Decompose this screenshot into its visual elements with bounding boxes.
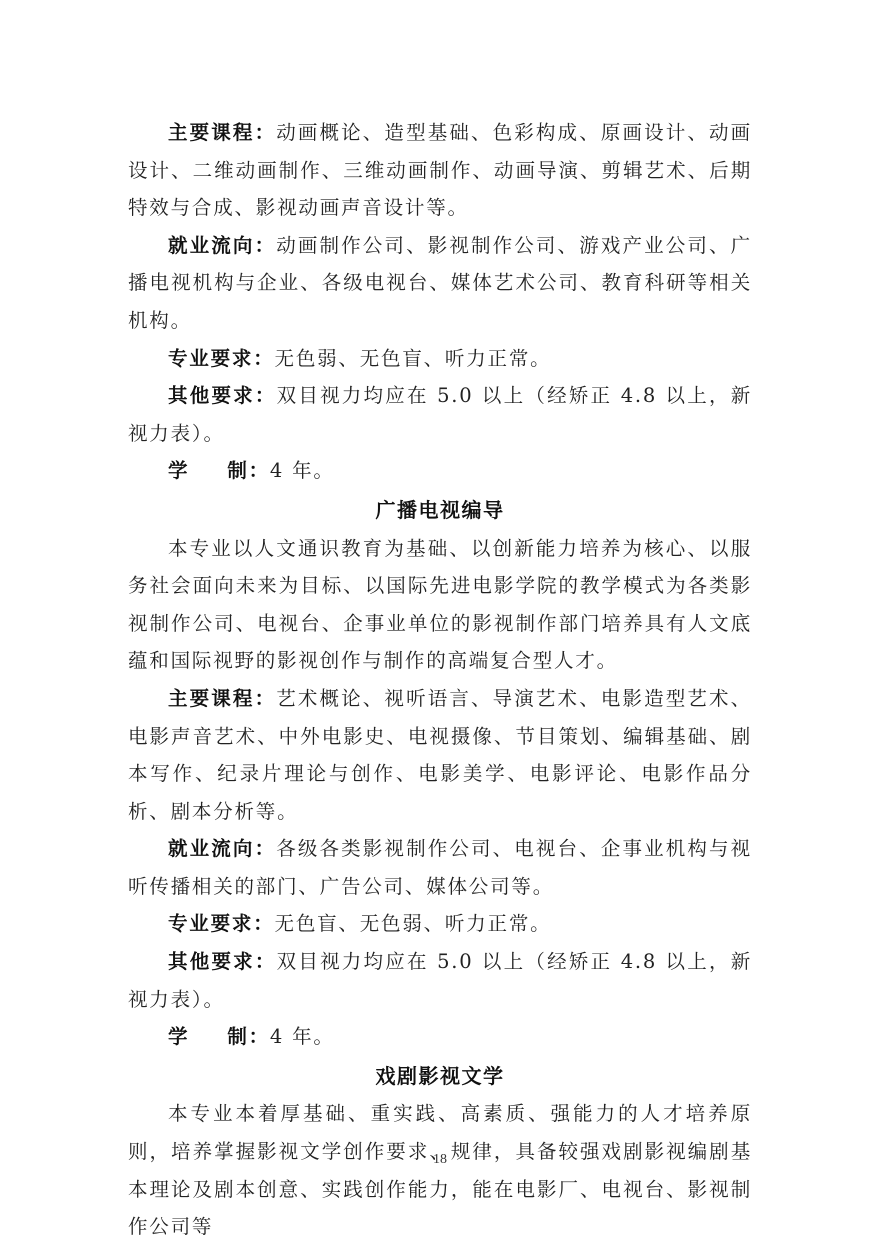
- document-page: 主要课程：动画概论、造型基础、色彩构成、原画设计、动画设计、二维动画制作、三维动…: [0, 0, 880, 1244]
- employment-label: 就业流向：: [168, 234, 276, 257]
- major-requirements-text: 无色盲、无色弱、听力正常。: [275, 912, 552, 935]
- employment-paragraph: 就业流向：各级各类影视制作公司、电视台、企事业机构与视听传播相关的部门、广告公司…: [128, 830, 752, 905]
- section-drama-film-literature: 戏剧影视文学 本专业本着厚基础、重实践、高素质、强能力的人才培养原则，培养掌握影…: [128, 1058, 752, 1244]
- major-requirements-paragraph: 专业要求：无色弱、无色盲、听力正常。: [128, 340, 752, 378]
- section-title: 广播电视编导: [128, 492, 752, 530]
- major-requirements-text: 无色弱、无色盲、听力正常。: [275, 347, 552, 370]
- duration-paragraph: 学制：4 年。: [128, 1018, 752, 1056]
- courses-paragraph: 主要课程：艺术概论、视听语言、导演艺术、电影造型艺术、电影声音艺术、中外电影史、…: [128, 680, 752, 830]
- duration-text: 4 年。: [270, 459, 335, 482]
- duration-label-b: 制：: [227, 459, 270, 482]
- section-intro: 本专业本着厚基础、重实践、高素质、强能力的人才培养原则，培养掌握影视文学创作要求…: [128, 1095, 752, 1244]
- major-requirements-label: 专业要求：: [168, 347, 275, 370]
- section-intro: 本专业以人文通识教育为基础、以创新能力培养为核心、以服务社会面向未来为目标、以国…: [128, 530, 752, 680]
- employment-label: 就业流向：: [168, 837, 276, 860]
- major-requirements-label: 专业要求：: [168, 912, 275, 935]
- duration-label-b: 制：: [227, 1025, 270, 1048]
- section-title: 戏剧影视文学: [128, 1058, 752, 1096]
- other-requirements-paragraph: 其他要求：双目视力均应在 5.0 以上（经矫正 4.8 以上，新视力表）。: [128, 943, 752, 1018]
- other-requirements-label: 其他要求：: [168, 950, 277, 973]
- major-requirements-paragraph: 专业要求：无色盲、无色弱、听力正常。: [128, 905, 752, 943]
- page-content: 主要课程：动画概论、造型基础、色彩构成、原画设计、动画设计、二维动画制作、三维动…: [128, 114, 752, 1244]
- other-requirements-paragraph: 其他要求：双目视力均应在 5.0 以上（经矫正 4.8 以上，新视力表）。: [128, 377, 752, 452]
- courses-label: 主要课程：: [168, 687, 276, 710]
- section-broadcast-directing: 广播电视编导 本专业以人文通识教育为基础、以创新能力培养为核心、以服务社会面向未…: [128, 492, 752, 1056]
- duration-label-a: 学: [168, 459, 189, 482]
- duration-label-a: 学: [168, 1025, 189, 1048]
- duration-paragraph: 学制：4 年。: [128, 452, 752, 490]
- duration-text: 4 年。: [270, 1025, 335, 1048]
- employment-paragraph: 就业流向：动画制作公司、影视制作公司、游戏产业公司、广播电视机构与企业、各级电视…: [128, 227, 752, 340]
- courses-label: 主要课程：: [168, 121, 276, 144]
- courses-paragraph: 主要课程：动画概论、造型基础、色彩构成、原画设计、动画设计、二维动画制作、三维动…: [128, 114, 752, 227]
- other-requirements-label: 其他要求：: [168, 384, 277, 407]
- page-number: 18: [0, 1152, 880, 1168]
